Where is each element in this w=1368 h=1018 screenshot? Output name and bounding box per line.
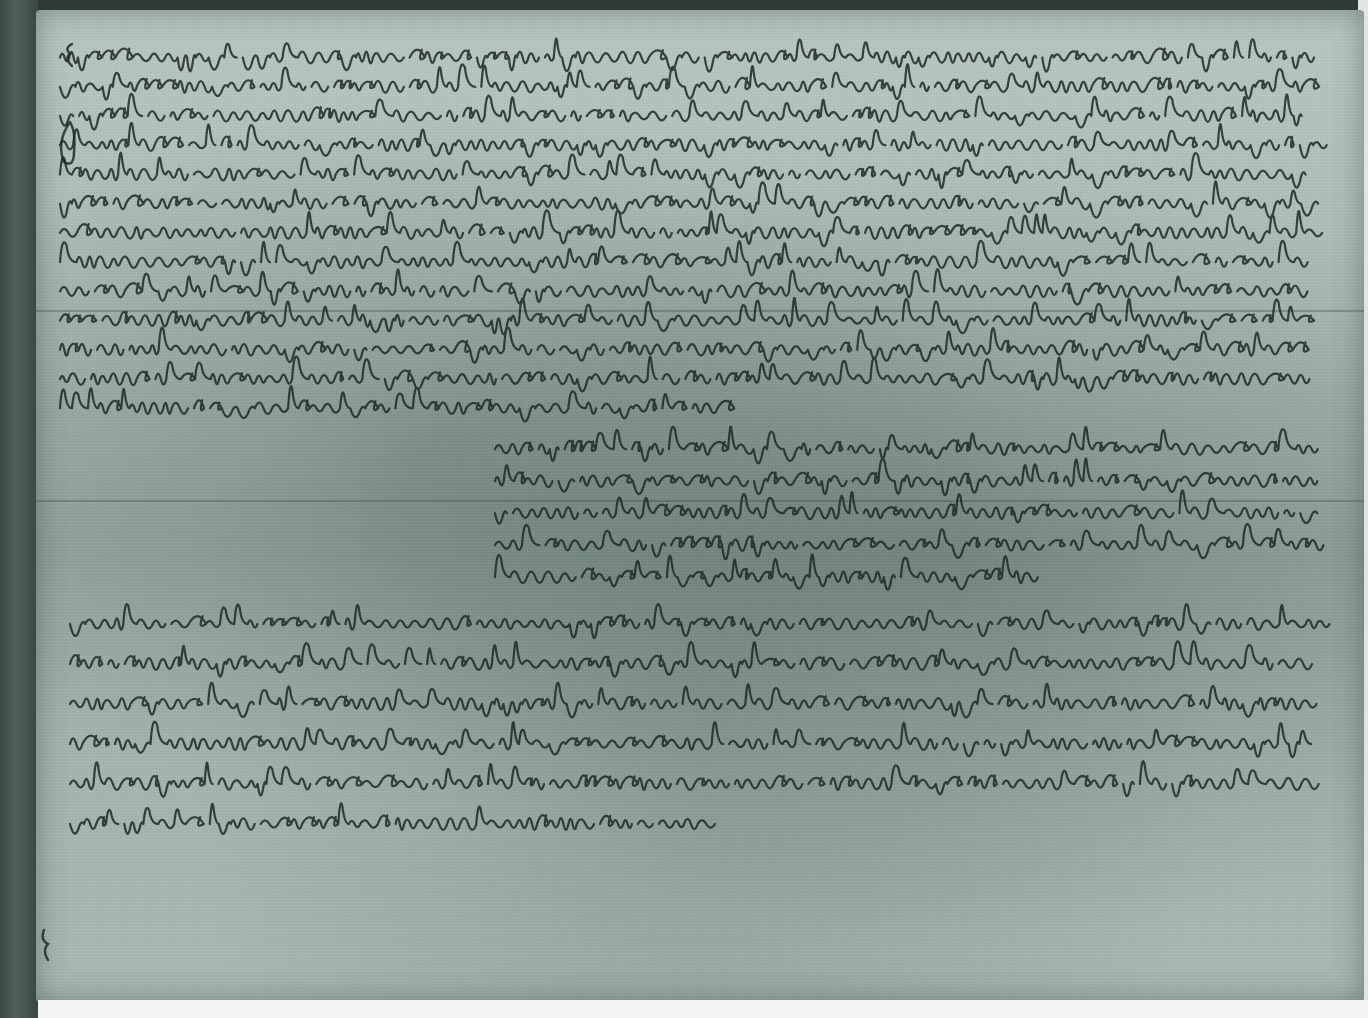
handwritten-line [70,722,1311,757]
handwritten-line [70,683,1316,718]
handwritten-line [60,181,1318,217]
handwritten-line [70,604,1329,638]
handwritten-line [495,459,1317,496]
handwritten-line [70,803,715,834]
handwritten-line [495,426,1318,463]
handwritten-line [60,39,1314,72]
handwritten-script [0,0,1368,1018]
handwritten-line [60,94,1308,130]
handwritten-line [60,123,1327,158]
handwritten-line [60,298,1314,334]
handwritten-line [60,328,1315,363]
handwritten-line [495,524,1323,559]
bottom-left-mark [43,930,48,960]
opening-brace-mark [67,44,72,66]
handwritten-line [60,357,1309,392]
handwritten-line [60,210,1322,246]
handwritten-line [60,153,1306,188]
handwritten-line [60,241,1308,276]
handwritten-line [495,554,1038,589]
handwritten-line [70,761,1319,797]
handwritten-line [60,386,734,421]
handwritten-line [495,490,1317,523]
handwritten-line [70,641,1312,677]
